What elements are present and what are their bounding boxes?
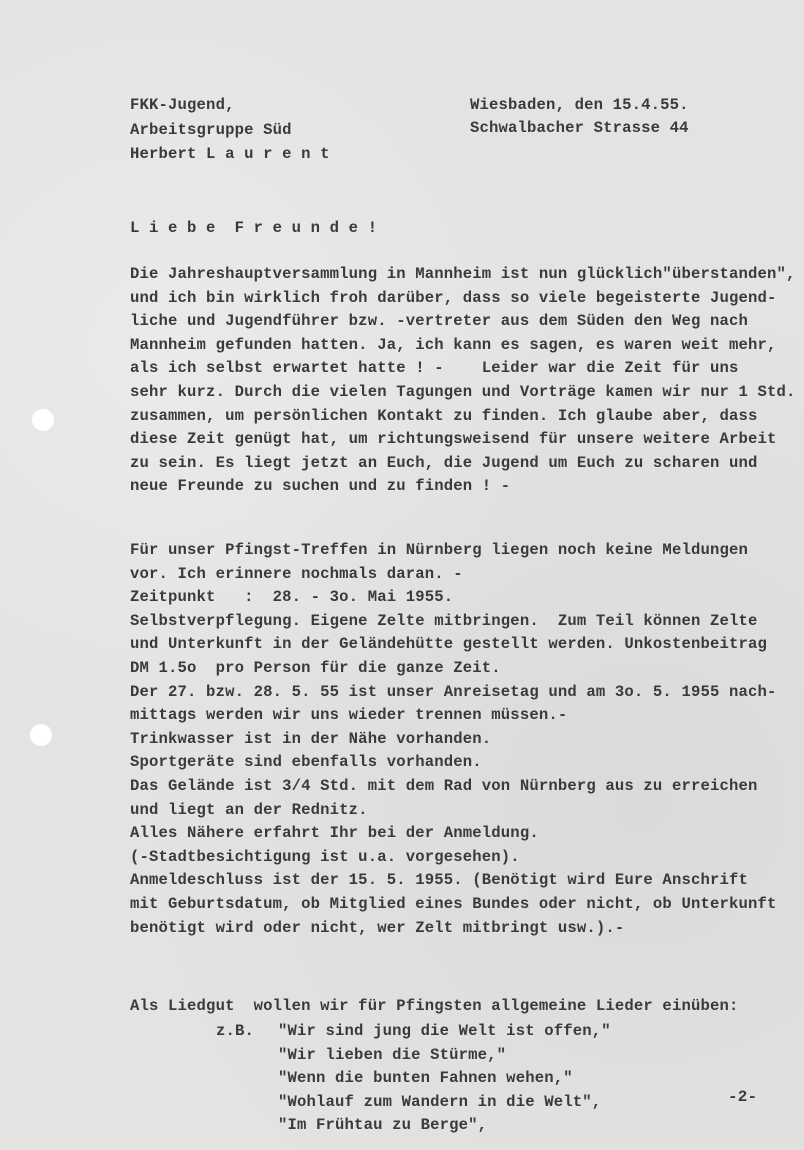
- text-line: vor. Ich erinnere nochmals daran. -: [130, 565, 463, 583]
- text-line: Trinkwasser ist in der Nähe vorhanden.: [130, 730, 491, 748]
- text-line: benötigt wird oder nicht, wer Zelt mitbr…: [130, 919, 624, 937]
- punch-hole: [30, 724, 52, 746]
- text-line: und ich bin wirklich froh darüber, dass …: [130, 289, 777, 307]
- punch-hole: [32, 409, 54, 431]
- text-line: und Unterkunft in der Geländehütte geste…: [130, 635, 767, 653]
- salutation: L i e b e F r e u n d e !: [130, 219, 377, 237]
- sender-organization: FKK-Jugend,: [130, 96, 235, 114]
- song-title: "Im Frühtau zu Berge",: [278, 1116, 487, 1134]
- text-line: sehr kurz. Durch die vielen Tagungen und…: [130, 383, 796, 401]
- place-date: Wiesbaden, den 15.4.55.: [470, 96, 689, 114]
- text-line: Der 27. bzw. 28. 5. 55 ist unser Anreise…: [130, 683, 777, 701]
- sender-name: Herbert L a u r e n t: [130, 145, 330, 163]
- song-title: "Wir sind jung die Welt ist offen,": [278, 1022, 611, 1040]
- songs-intro: Als Liedgut wollen wir für Pfingsten all…: [130, 997, 739, 1015]
- text-line: Für unser Pfingst-Treffen in Nürnberg li…: [130, 541, 748, 559]
- song-title: "Wir lieben die Stürme,": [278, 1046, 506, 1064]
- text-line: neue Freunde zu suchen und zu finden ! -: [130, 477, 510, 495]
- song-title: "Wohlauf zum Wandern in die Welt",: [278, 1093, 601, 1111]
- text-line: Sportgeräte sind ebenfalls vorhanden.: [130, 753, 482, 771]
- text-line: Anmeldeschluss ist der 15. 5. 1955. (Ben…: [130, 871, 748, 889]
- text-line: mit Geburtsdatum, ob Mitglied eines Bund…: [130, 895, 777, 913]
- text-line: Das Gelände ist 3/4 Std. mit dem Rad von…: [130, 777, 758, 795]
- text-line: und liegt an der Rednitz.: [130, 801, 368, 819]
- songs-example-prefix: z.B.: [216, 1022, 254, 1040]
- letter-page: FKK-Jugend, Arbeitsgruppe Süd Herbert L …: [0, 0, 804, 1150]
- text-line: DM 1.5o pro Person für die ganze Zeit.: [130, 659, 501, 677]
- text-line: Zeitpunkt : 28. - 3o. Mai 1955.: [130, 588, 453, 606]
- text-line: (-Stadtbesichtigung ist u.a. vorgesehen)…: [130, 848, 520, 866]
- song-title: "Wenn die bunten Fahnen wehen,": [278, 1069, 573, 1087]
- text-line: diese Zeit genügt hat, um richtungsweise…: [130, 430, 777, 448]
- text-line: Alles Nähere erfahrt Ihr bei der Anmeldu…: [130, 824, 539, 842]
- page-number: -2-: [728, 1088, 757, 1106]
- text-line: als ich selbst erwartet hatte ! - Leider…: [130, 359, 739, 377]
- text-line: Die Jahreshauptversammlung in Mannheim i…: [130, 265, 796, 283]
- text-line: mittags werden wir uns wieder trennen mü…: [130, 706, 567, 724]
- text-line: liche und Jugendführer bzw. -vertreter a…: [130, 312, 748, 330]
- text-line: zu sein. Es liegt jetzt an Euch, die Jug…: [130, 454, 758, 472]
- text-line: Selbstverpflegung. Eigene Zelte mitbring…: [130, 612, 758, 630]
- text-line: Mannheim gefunden hatten. Ja, ich kann e…: [130, 336, 777, 354]
- sender-group: Arbeitsgruppe Süd: [130, 121, 292, 139]
- street-address: Schwalbacher Strasse 44: [470, 119, 689, 137]
- text-line: zusammen, um persönlichen Kontakt zu fin…: [130, 407, 758, 425]
